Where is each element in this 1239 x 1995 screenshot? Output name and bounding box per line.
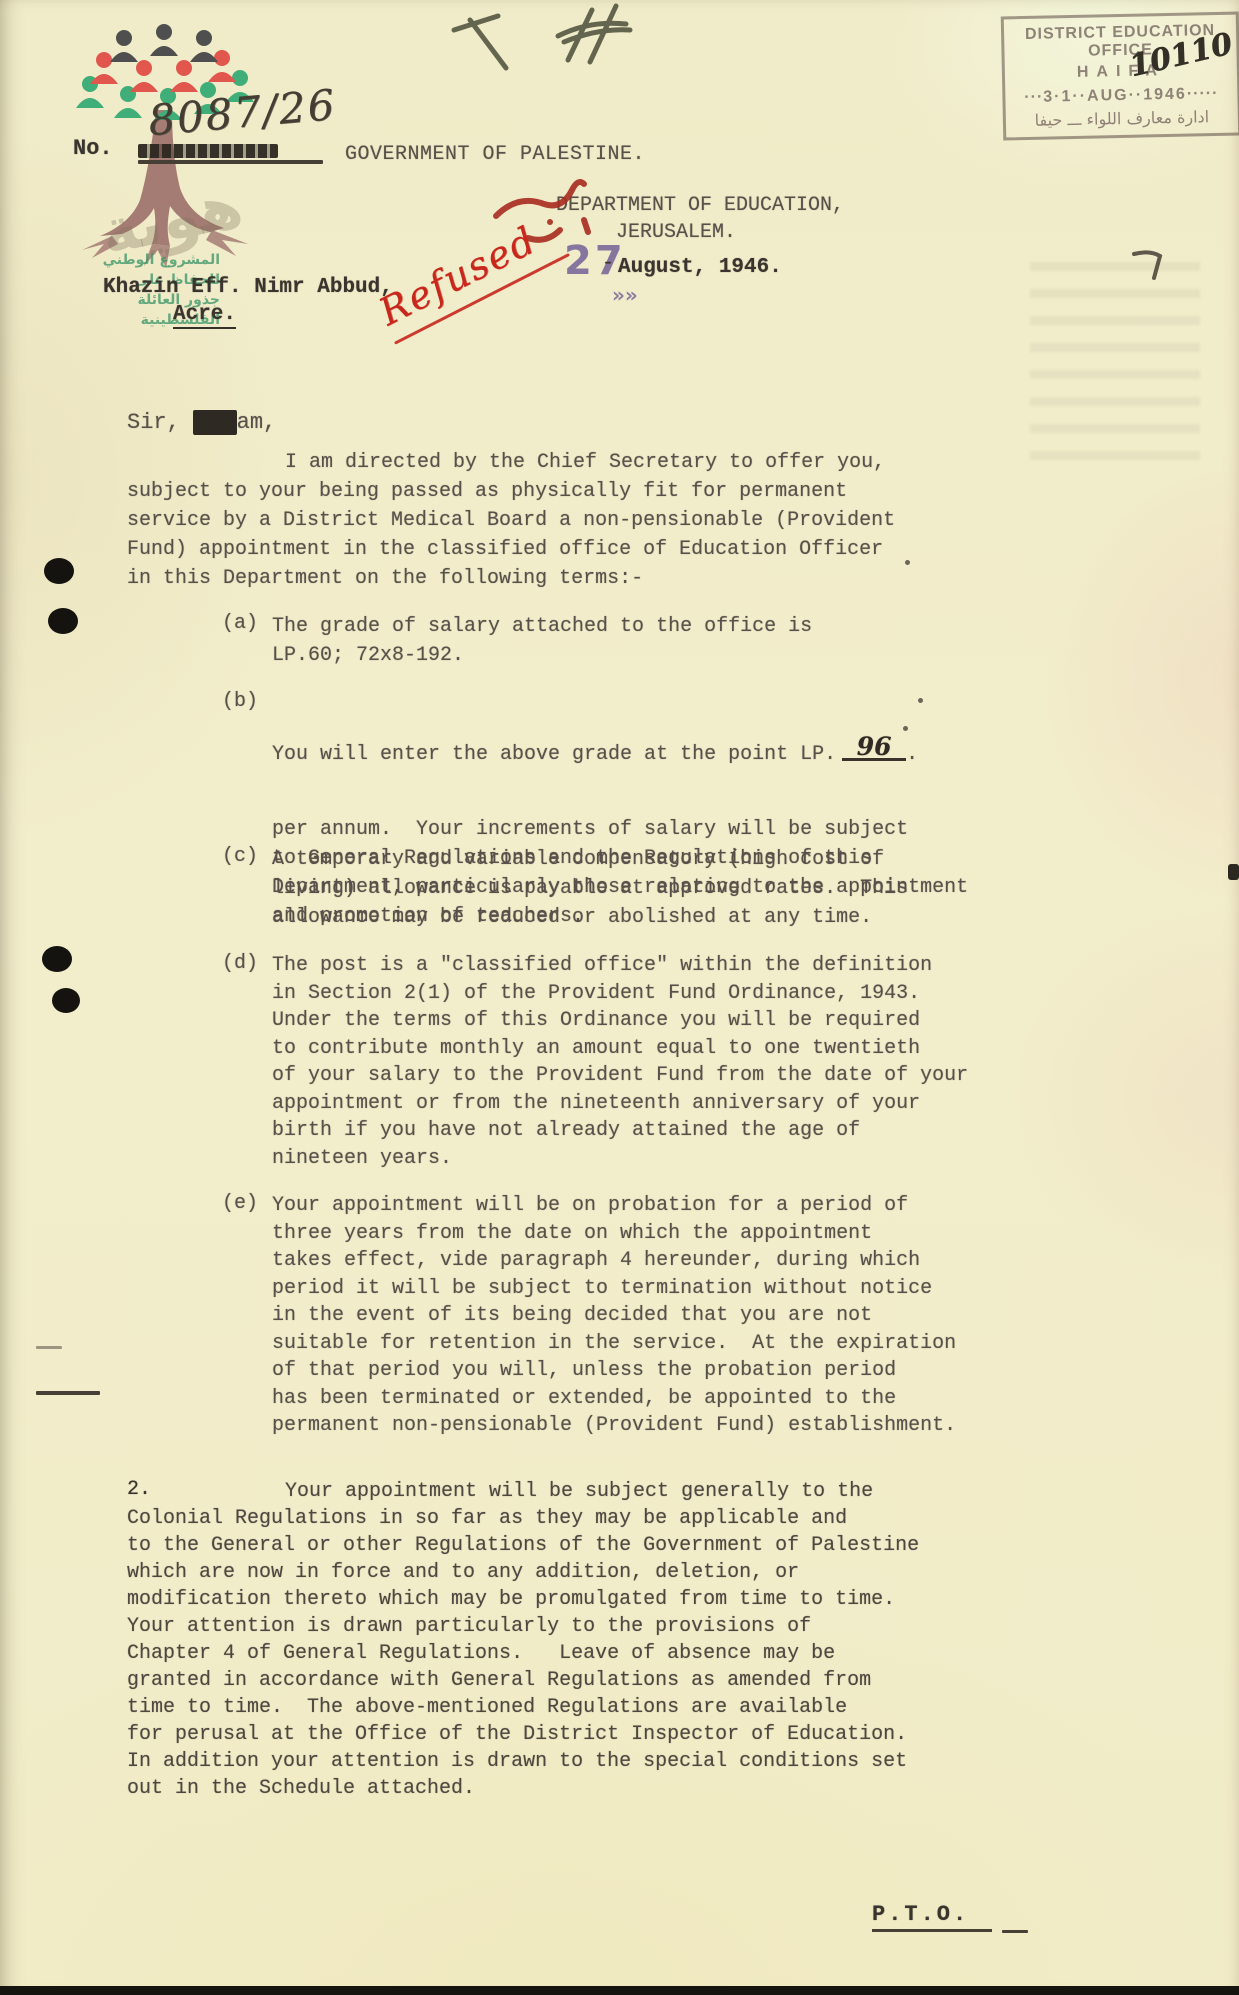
- text-line: Your appointment will be subject general…: [127, 1478, 919, 1505]
- text-line: Your attention is drawn particularly to …: [127, 1613, 919, 1640]
- term-c-label: (c): [222, 845, 258, 868]
- term-b-line1-prefix: You will enter the above grade at the po…: [272, 743, 836, 766]
- text-line: The post is a "classified office" within…: [272, 952, 968, 980]
- text-line: service by a District Medical Board a no…: [127, 506, 895, 535]
- text-line: for perusal at the Office of the Distric…: [127, 1721, 919, 1748]
- text-line: period it will be subject to termination…: [272, 1275, 956, 1303]
- pencil-scribble-marks: [440, 2, 680, 77]
- text-line: permanent non-pensionable (Provident Fun…: [272, 1412, 956, 1440]
- punch-hole: [44, 558, 74, 584]
- text-line: The grade of salary attached to the offi…: [272, 612, 812, 641]
- text-line: Fund) appointment in the classified offi…: [127, 535, 895, 564]
- page-turn-over-note: P.T.O.: [872, 1902, 992, 1932]
- text-line: in Section 2(1) of the Provident Fund Or…: [272, 980, 968, 1008]
- date-day-stamped: 27: [564, 238, 626, 284]
- struck-out-reference-number: [138, 144, 278, 158]
- text-line: which are now in force and to any additi…: [127, 1559, 919, 1586]
- text-line: appointment or from the nineteenth anniv…: [272, 1090, 968, 1118]
- ink-check-mark: [1130, 248, 1170, 282]
- text-line: living) allowance is payable at approved…: [272, 874, 908, 903]
- refused-handwritten-text: Refused: [372, 218, 543, 334]
- text-line: has been terminated or extended, be appo…: [272, 1385, 956, 1413]
- reference-number-label: No.: [73, 136, 113, 161]
- refused-annotation: Refused: [392, 290, 562, 334]
- text-line: suitable for retention in the service. A…: [272, 1330, 956, 1358]
- term-e: (e) Your appointment will be on probatio…: [222, 1192, 1002, 1442]
- text-line: granted in accordance with General Regul…: [127, 1667, 919, 1694]
- punch-hole: [52, 988, 80, 1013]
- punch-hole: [48, 608, 78, 634]
- paragraph-1: I am directed by the Chief Secretary to …: [127, 448, 895, 593]
- text-line: in this Department on the following term…: [127, 564, 895, 593]
- term-b: (b) You will enter the above grade at th…: [222, 690, 1002, 840]
- text-line: in the event of its being decided that y…: [272, 1302, 956, 1330]
- pto-text: P.T.O.: [872, 1902, 969, 1927]
- salary-point-blank: 96: [842, 736, 906, 761]
- pto-trailing-dash: [1002, 1930, 1028, 1933]
- stamp-date-trailing-dots: ·····: [1187, 85, 1219, 103]
- stamp-date-value: 3·1··AUG··1946: [1043, 86, 1187, 106]
- page-edge-ink-mark: [1228, 864, 1239, 880]
- department-line2: JERUSALEM.: [616, 221, 736, 244]
- term-e-label: (e): [222, 1192, 258, 1215]
- addressee-city: Acre.: [173, 303, 236, 326]
- text-line: takes effect, vide paragraph 4 hereunder…: [272, 1247, 956, 1275]
- term-a-lines: The grade of salary attached to the offi…: [272, 612, 812, 670]
- text-line: Chapter 4 of General Regulations. Leave …: [127, 1640, 919, 1667]
- scan-edge-strip: [0, 1986, 1239, 1995]
- typed-dot-artifact: [905, 560, 910, 565]
- salutation-struck-word: Mad: [193, 410, 237, 435]
- reference-underline: [138, 160, 323, 164]
- text-line: of your salary to the Provident Fund fro…: [272, 1062, 968, 1090]
- addressee-city-text: Acre.: [173, 303, 236, 329]
- date-dash: -: [602, 252, 614, 275]
- text-line: allowance may be reduced or abolished at…: [272, 903, 908, 932]
- text-line: out in the Schedule attached.: [127, 1775, 919, 1802]
- text-line: nineteen years.: [272, 1145, 968, 1173]
- salutation: Sir, Madam,: [127, 410, 276, 435]
- term-d: (d) The post is a "classified office" wi…: [222, 952, 982, 1177]
- term-b-line1-suffix: .: [906, 743, 918, 766]
- text-line: LP.60; 72x8-192.: [272, 641, 812, 670]
- text-line: per annum. Your increments of salary wil…: [272, 815, 968, 844]
- stamp-arabic-line: ادارة معارف اللواء ـــ حيفا: [1006, 107, 1238, 131]
- text-line: of that period you will, unless the prob…: [272, 1357, 956, 1385]
- term-d-label: (d): [222, 952, 258, 975]
- punch-hole: [42, 946, 72, 972]
- term-b-line1: You will enter the above grade at the po…: [272, 736, 968, 769]
- text-line: subject to your being passed as physical…: [127, 477, 895, 506]
- paragraph-2: Your appointment will be subject general…: [127, 1478, 919, 1802]
- salutation-prefix: Sir,: [127, 410, 193, 435]
- salary-point-handwritten-value: 96: [857, 732, 892, 761]
- term-c: (c) A temporary and variable compensator…: [222, 845, 982, 935]
- text-line: A temporary and variable compensatory (h…: [272, 845, 908, 874]
- date-stamp-marks: »»: [612, 283, 638, 307]
- text-line: Colonial Regulations in so far as they m…: [127, 1505, 919, 1532]
- text-line: time to time. The above-mentioned Regula…: [127, 1694, 919, 1721]
- text-line: Your appointment will be on probation fo…: [272, 1192, 956, 1220]
- text-line: to the General or other Regulations of t…: [127, 1532, 919, 1559]
- text-line: modification thereto which may be promul…: [127, 1586, 919, 1613]
- text-line: birth if you have not already attained t…: [272, 1117, 968, 1145]
- text-line: three years from the date on which the a…: [272, 1220, 956, 1248]
- term-b-label: (b): [222, 690, 258, 713]
- text-line: to contribute monthly an amount equal to…: [272, 1035, 968, 1063]
- date-text: August, 1946.: [618, 256, 782, 279]
- stamp-date-line: ···3·1··AUG··1946·····: [1005, 85, 1237, 108]
- term-e-lines: Your appointment will be on probation fo…: [272, 1192, 956, 1440]
- term-a-label: (a): [222, 612, 258, 635]
- district-office-rubber-stamp: DISTRICT EDUCATION OFFICE HAIFA 10110 ··…: [1001, 12, 1239, 141]
- stamp-date-leading-dots: ···: [1024, 89, 1043, 106]
- text-line: I am directed by the Chief Secretary to …: [127, 448, 895, 477]
- salutation-suffix: am,: [237, 410, 277, 435]
- typed-dot-artifact: [903, 726, 908, 731]
- margin-dash-mark: [36, 1391, 100, 1395]
- addressee-name: Khazin Eff. Nimr Abbud,: [103, 276, 393, 299]
- term-d-lines: The post is a "classified office" within…: [272, 952, 968, 1172]
- scanned-letter-page: هوية المشروع الوطني للحفاظ على جذور العا…: [0, 0, 1239, 1995]
- text-line: In addition your attention is drawn to t…: [127, 1748, 919, 1775]
- bleed-through-text: [1030, 262, 1200, 472]
- term-a: (a) The grade of salary attached to the …: [222, 612, 982, 672]
- text-line: Under the terms of this Ordinance you wi…: [272, 1007, 968, 1035]
- margin-tick-mark: [36, 1346, 62, 1349]
- term-c-lines: A temporary and variable compensatory (h…: [272, 845, 908, 932]
- typed-dot-artifact: [918, 698, 923, 703]
